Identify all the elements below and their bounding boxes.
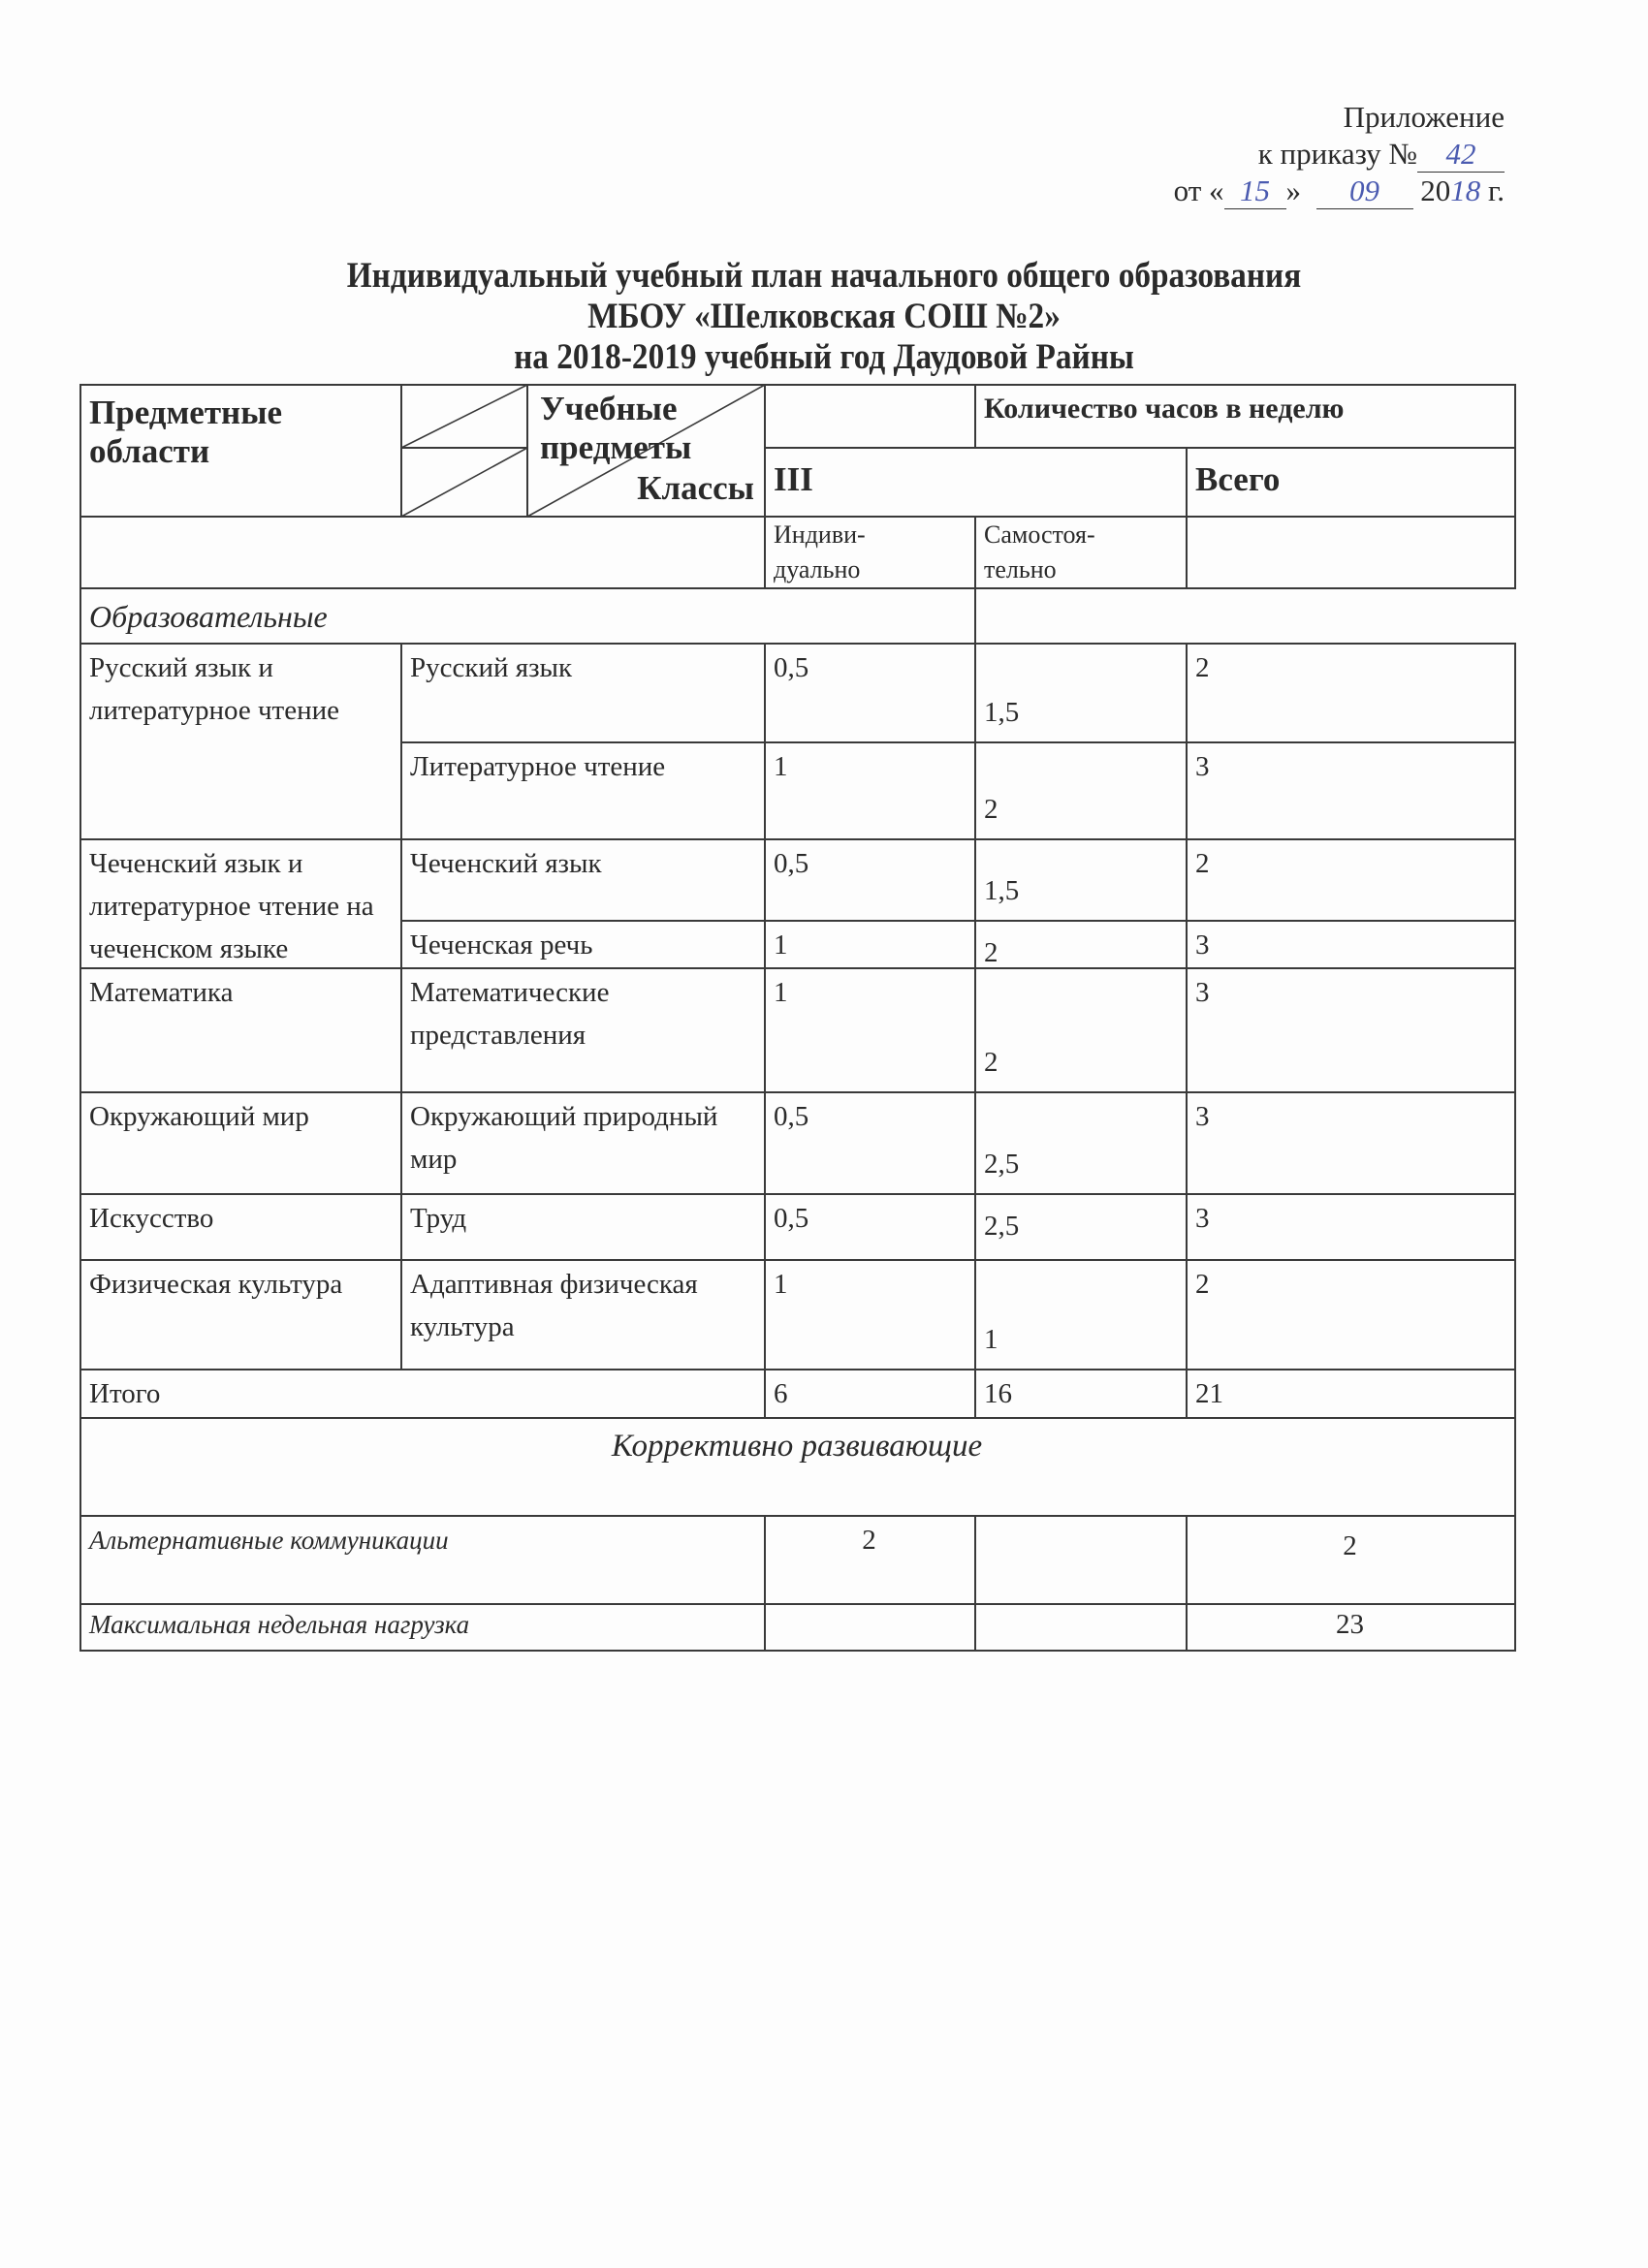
header-subjects-line2: предметы: [526, 425, 764, 463]
max-load-independent: [974, 1603, 1186, 1650]
hours-individual: 1: [764, 920, 974, 967]
table-rule: [1514, 1417, 1516, 1517]
header-subject-areas: Предметныеобласти: [79, 386, 400, 518]
header-subjects-line1: Учебные: [526, 386, 764, 425]
subject-name: Математические представления: [400, 967, 764, 1091]
hours-individual: 0,5: [764, 643, 974, 741]
hours-total: 3: [1186, 1193, 1514, 1259]
header-independent: Самостоя-тельно: [974, 516, 1186, 587]
max-load-individual: [764, 1603, 974, 1650]
hours-individual: 0,5: [764, 838, 974, 920]
hours-total: 2: [1186, 643, 1514, 741]
alt-comm-total: 2: [1186, 1515, 1514, 1603]
header-hours-per-week: Количество часов в неделю: [974, 384, 1514, 447]
table-rule: [1514, 643, 1516, 1370]
hours-independent: 1,5: [974, 838, 1186, 920]
table-rule: [79, 1650, 1516, 1652]
hours-independent: 2,5: [974, 1193, 1186, 1259]
hours-independent: 1: [974, 1259, 1186, 1369]
subject-area: Искусство: [79, 1193, 400, 1259]
subject-name: Адаптивная физическая культура: [400, 1259, 764, 1369]
header-grade: III: [764, 447, 1186, 516]
subject-area: Математика: [79, 967, 400, 1091]
subject-name: Русский язык: [400, 643, 764, 741]
subject-area: Чеченский язык и литературное чтение на …: [79, 838, 400, 967]
hours-individual: 1: [764, 1259, 974, 1369]
total-independent: 16: [974, 1369, 1186, 1417]
hours-independent: 2,5: [974, 1091, 1186, 1193]
total-label: Итого: [79, 1369, 764, 1417]
hours-independent: 1,5: [974, 643, 1186, 741]
section-correctional: Коррективно развивающие: [79, 1417, 1514, 1515]
hours-individual: 1: [764, 741, 974, 838]
max-load-label: Максимальная недельная нагрузка: [79, 1603, 764, 1650]
hours-total: 3: [1186, 967, 1514, 1091]
table-rule: [1514, 1369, 1516, 1419]
alt-comm-individual: 2: [764, 1515, 974, 1603]
hours-independent: 2: [974, 920, 1186, 967]
subject-name: Литературное чтение: [400, 741, 764, 838]
hours-total: 3: [1186, 1091, 1514, 1193]
header-individual: Индиви-дуально: [764, 516, 974, 587]
subject-area: Русский язык и литературное чтение: [79, 643, 400, 838]
hours-independent: 2: [974, 967, 1186, 1091]
table-rule: [1514, 1515, 1516, 1652]
subject-name: Чеченский язык: [400, 838, 764, 920]
hours-independent: 2: [974, 741, 1186, 838]
subject-area: Физическая культура: [79, 1259, 400, 1369]
hours-individual: 0,5: [764, 1091, 974, 1193]
total-sum: 21: [1186, 1369, 1514, 1417]
hours-total: 3: [1186, 741, 1514, 838]
subject-name: Труд: [400, 1193, 764, 1259]
subject-name: Чеченская речь: [400, 920, 764, 967]
hours-individual: 0,5: [764, 1193, 974, 1259]
hours-total: 2: [1186, 838, 1514, 920]
section-educational: Образовательные: [79, 587, 974, 643]
alt-comm-label: Альтернативные коммуникации: [79, 1515, 764, 1603]
header-classes: Классы: [526, 465, 764, 508]
subject-name: Окружающий природный мир: [400, 1091, 764, 1193]
hours-total: 3: [1186, 920, 1514, 967]
hours-individual: 1: [764, 967, 974, 1091]
alt-comm-independent: [974, 1515, 1186, 1603]
table-rule: [974, 587, 976, 645]
subject-area: Окружающий мир: [79, 1091, 400, 1193]
header-total: Всего: [1186, 447, 1514, 516]
total-individual: 6: [764, 1369, 974, 1417]
max-load-total: 23: [1186, 1603, 1514, 1650]
hours-total: 2: [1186, 1259, 1514, 1369]
